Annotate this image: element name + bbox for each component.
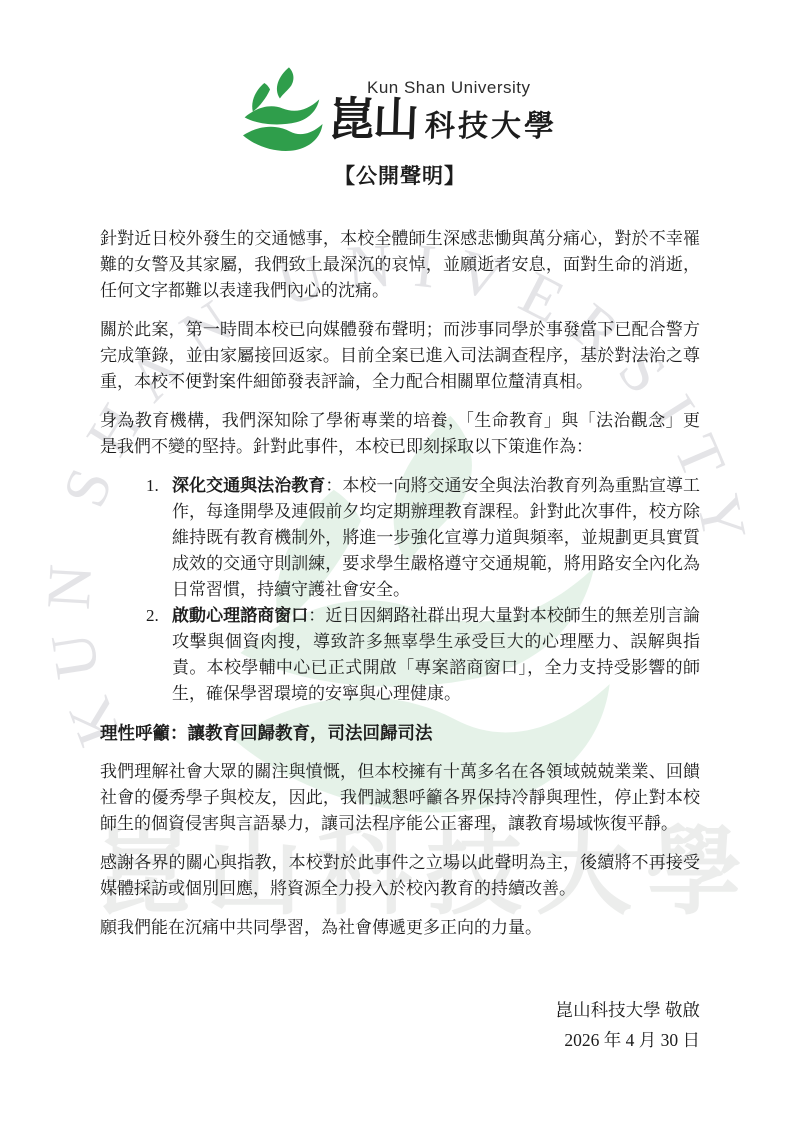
signature-name: 崑山科技大學 敬啟 [100,995,700,1025]
logo-chinese-name: 崑山 科技大學 [329,98,557,142]
action-list-item: 1. 深化交通與法治教育：本校一向將交通安全與法治教育列為重點宣導工作，每逢開學… [100,473,700,603]
statement-paragraph: 我們理解社會大眾的關注與憤慨，但本校擁有十萬多名在各領域兢兢業業、回饋社會的優秀… [100,759,700,837]
university-logo: Kun Shan University 崑山 科技大學 [0,0,800,158]
section-subheading: 理性呼籲：讓教育回歸教育，司法回歸司法 [100,720,700,746]
statement-paragraph: 關於此案，第一時間本校已向媒體發布聲明；而涉事同學於事發當下已配合警方完成筆錄，… [100,317,700,395]
list-item-label: 深化交通與法治教育 [172,476,325,495]
statement-paragraph: 身為教育機構，我們深知除了學術專業的培養，「生命教育」與「法治觀念」更是我們不變… [100,408,700,460]
list-item-number: 1. [146,473,159,499]
statement-paragraph: 針對近日校外發生的交通憾事，本校全體師生深感悲慟與萬分痛心，對於不幸罹難的女警及… [100,226,700,304]
list-item-label: 啟動心理諮商窗口 [172,606,308,625]
logo-text-block: Kun Shan University 崑山 科技大學 [329,66,557,158]
signature-date: 2026 年 4 月 30 日 [100,1025,700,1055]
statement-paragraph: 願我們能在沉痛中共同學習，為社會傳遞更多正向的力量。 [100,915,700,941]
action-list: 1. 深化交通與法治教育：本校一向將交通安全與法治教育列為重點宣導工作，每逢開學… [100,473,700,707]
action-list-item: 2. 啟動心理諮商窗口：近日因網路社群出現大量對本校師生的無差別言論攻擊與個資肉… [100,603,700,707]
statement-page: KUN SHAN UNIVERSITY 崑山科技大學 Kun Shan Univ… [0,0,800,1131]
signature-block: 崑山科技大學 敬啟 2026 年 4 月 30 日 [100,995,700,1055]
logo-chinese-kunshan: 崑山 [328,98,418,142]
page-title: 【公開聲明】 [0,160,800,190]
mountain-logo-icon [243,66,325,154]
logo-chinese-university: 科技大學 [424,112,557,142]
statement-paragraph: 感謝各界的關心與指教，本校對於此事件之立場以此聲明為主，後續將不再接受媒體採訪或… [100,850,700,902]
list-item-number: 2. [146,603,159,629]
statement-body: 針對近日校外發生的交通憾事，本校全體師生深感悲慟與萬分痛心，對於不幸罹難的女警及… [0,226,800,1055]
